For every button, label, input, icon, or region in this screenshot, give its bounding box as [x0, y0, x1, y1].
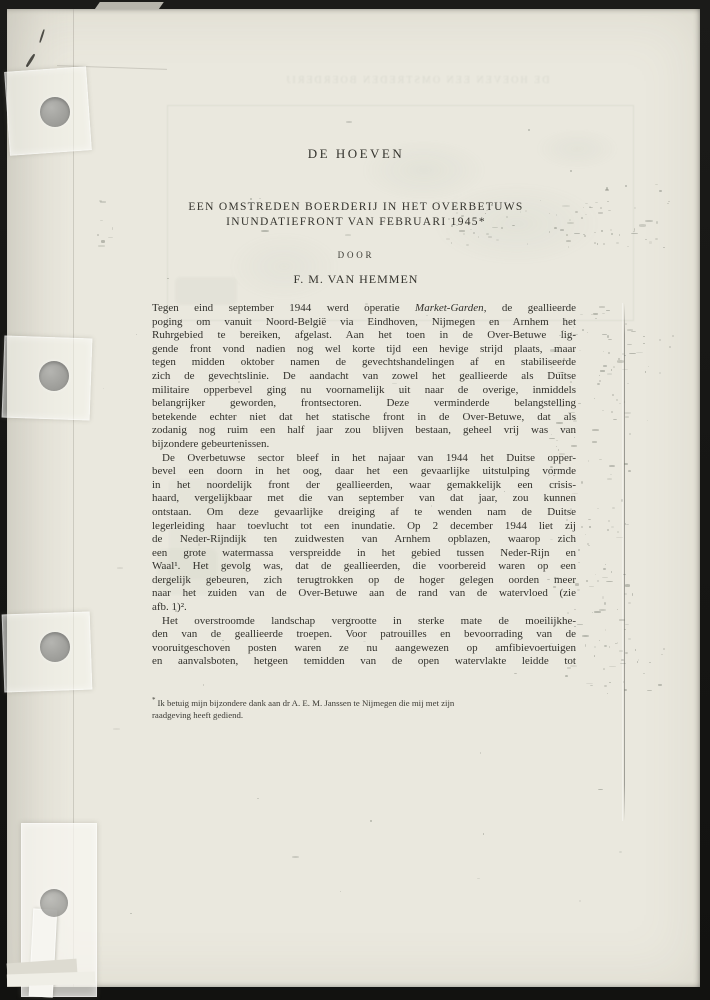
ink-speckle — [555, 621, 560, 623]
ink-speckle — [661, 654, 662, 655]
ink-speckle — [506, 216, 508, 218]
ink-speckle — [136, 334, 138, 335]
body-line: zodanig nog ruim een half jaar zou blijv… — [152, 424, 576, 438]
ink-speckle — [594, 646, 596, 648]
ink-speckle — [565, 390, 567, 392]
body-line: tegen midden oktober namen de gevechtsha… — [152, 356, 576, 370]
ink-speckle — [175, 610, 178, 612]
ink-speckle — [603, 668, 605, 670]
ink-speckle — [601, 230, 603, 232]
ink-speckle — [636, 352, 643, 353]
ink-speckle — [603, 351, 604, 353]
ink-speckle — [627, 383, 630, 385]
ink-speckle — [624, 412, 631, 414]
subtitle-line-1: EEN OMSTREDEN BOERDERIJ IN HET OVERBETUW… — [144, 200, 568, 215]
ink-speckle — [581, 217, 583, 219]
ink-speckle — [581, 526, 583, 528]
ink-speckle — [639, 224, 647, 226]
ink-speckle — [628, 638, 631, 640]
ink-speckle — [491, 204, 493, 206]
ink-speckle — [261, 230, 269, 232]
ink-speckle — [672, 335, 674, 337]
ink-speckle — [611, 526, 614, 528]
punch-hole — [40, 97, 70, 127]
ink-speckle — [624, 629, 626, 630]
ink-speckle — [619, 650, 624, 652]
ink-speckle — [668, 201, 669, 202]
ink-speckle — [609, 465, 614, 468]
ink-speckle — [597, 243, 598, 245]
ink-speckle — [555, 577, 559, 578]
ink-speckle — [577, 624, 584, 625]
body-line: gende front vond nadien nog wel korte ti… — [152, 343, 576, 357]
ink-speckle — [631, 331, 636, 332]
ink-speckle — [659, 372, 662, 374]
ink-speckle — [567, 667, 570, 668]
ink-speckle — [592, 441, 597, 443]
ink-speckle — [492, 227, 498, 228]
footnote-line: *Ik betuig mijn bijzondere dank aan dr A… — [152, 695, 576, 710]
body-line: en aanvalsboten, hetgeen temidden van de… — [152, 655, 576, 669]
ink-speckle — [606, 187, 609, 190]
ink-speckle — [622, 369, 628, 371]
ink-speckle — [612, 507, 615, 509]
ink-speckle — [647, 420, 648, 421]
ink-speckle — [370, 820, 372, 822]
ink-speckle — [647, 690, 652, 691]
ink-speckle — [626, 524, 630, 526]
ink-speckle — [632, 593, 634, 596]
ink-speckle — [655, 238, 658, 240]
bleedthrough-header: DE HOEVEN EEN OMSTREDEN BOERDERIJ — [182, 75, 652, 86]
ink-speckle — [592, 429, 598, 431]
ink-speckle — [556, 422, 563, 424]
byline-label: DOOR — [144, 250, 568, 260]
ink-speckle — [573, 420, 577, 422]
footnote-line: raadgeving heeft gediend. — [152, 710, 576, 722]
body-line: militaire opperbevel ging nu voornamelij… — [152, 384, 576, 398]
ink-speckle — [108, 237, 113, 239]
ink-speckle — [607, 373, 613, 375]
body-line: Ruhrgebied te bereiken, afgelast. Aan he… — [152, 329, 576, 343]
ink-speckle — [602, 313, 605, 315]
ink-speckle — [560, 565, 562, 567]
ink-speckle — [607, 201, 609, 202]
body-line: poging om vanuit Noord-België via Eindho… — [152, 316, 576, 330]
body-line: zich de gevechtslinie. De aandacht van z… — [152, 370, 576, 384]
ink-speckle — [99, 200, 102, 202]
ink-speckle — [588, 460, 590, 462]
ink-speckle — [625, 624, 629, 625]
body-line: legerleiding haar toevlucht tot een inun… — [152, 520, 576, 534]
ink-speckle — [117, 567, 124, 569]
body-line: haard, vergelijkbaar met die van septemb… — [152, 492, 576, 506]
ink-speckle — [633, 231, 635, 232]
ink-speckle — [480, 752, 482, 754]
ink-speckle — [608, 210, 611, 211]
ink-speckle — [606, 581, 613, 582]
ink-speckle — [625, 323, 628, 325]
ink-speckle — [605, 564, 606, 565]
ink-speckle — [609, 646, 610, 648]
body-line: bijzondere gebeurtenissen. — [152, 438, 576, 452]
ink-speckle — [598, 789, 604, 790]
ink-speckle — [629, 353, 636, 355]
author-name: F. M. VAN HEMMEN — [144, 272, 568, 287]
ink-speckle — [628, 470, 631, 472]
ink-speckle — [619, 619, 625, 620]
ink-speckle — [525, 210, 527, 212]
ink-speckle — [621, 659, 624, 661]
ink-speckle — [611, 571, 612, 573]
ink-speckle — [621, 499, 623, 501]
ink-speckle — [550, 349, 558, 351]
ink-speckle — [629, 433, 631, 435]
ink-speckle — [559, 453, 565, 455]
ink-speckle — [259, 198, 262, 199]
ink-speckle — [548, 474, 551, 476]
body-line: een grote watermassa verspreidde in het … — [152, 547, 576, 561]
ink-speckle — [575, 583, 579, 585]
ink-speckle — [618, 358, 621, 360]
ink-speckle — [514, 673, 517, 675]
ink-speckle — [619, 851, 622, 853]
ink-speckle — [588, 545, 590, 546]
body-line: naar het zuiden van de Over-Betuwe aan d… — [152, 587, 576, 601]
ink-speckle — [610, 474, 612, 475]
ink-speckle — [602, 410, 604, 411]
ink-speckle — [617, 609, 618, 610]
ink-speckle — [551, 498, 553, 500]
ink-speckle — [637, 661, 639, 663]
body-line: in het noordelijk front der geallieerden… — [152, 479, 576, 493]
ink-speckle — [608, 520, 610, 522]
ink-speckle — [557, 372, 565, 373]
ink-speckle — [363, 641, 366, 642]
ink-speckle — [656, 221, 658, 224]
ink-speckle — [625, 416, 629, 418]
ink-speckle — [594, 398, 595, 399]
ink-speckle — [553, 586, 557, 587]
ink-speckle — [446, 238, 450, 240]
ink-speckle — [659, 339, 661, 341]
ink-speckle — [602, 596, 605, 599]
ink-speckle — [643, 336, 645, 337]
scanned-page: DE HOEVEN EEN OMSTREDEN BOERDERIJ DE HOE… — [7, 9, 700, 987]
ink-speckle — [203, 684, 205, 686]
ink-speckle — [669, 346, 671, 347]
ink-speckle — [554, 227, 557, 229]
ink-speckle — [496, 239, 499, 241]
ink-speckle — [597, 580, 599, 582]
ink-speckle — [579, 350, 581, 351]
ink-speckle — [570, 381, 572, 383]
ink-speckle — [610, 229, 612, 231]
ink-speckle — [593, 313, 597, 315]
ink-speckle — [583, 234, 585, 236]
ink-speckle — [101, 240, 105, 242]
ink-speckle — [586, 580, 588, 582]
ink-speckle — [585, 644, 586, 646]
ink-speckle — [602, 577, 608, 578]
body-line: De Overbetuwse sector bleef in het najaa… — [152, 452, 576, 466]
ink-speckle — [477, 878, 479, 879]
ink-speckle — [617, 531, 619, 533]
ink-speckle — [663, 648, 665, 650]
body-line: vooruitgeschoven posten waren ze nu aang… — [152, 642, 576, 656]
article-body: Tegen eind september 1944 werd operatie … — [152, 302, 576, 669]
ink-speckle — [613, 419, 618, 421]
article-subtitle: EEN OMSTREDEN BOERDERIJ IN HET OVERBETUW… — [144, 200, 568, 229]
ink-speckle — [550, 466, 553, 468]
ink-speckle — [587, 332, 589, 333]
ink-speckle — [599, 380, 601, 382]
body-line: dergelijk gebeuren, zich terugtrokken op… — [152, 574, 576, 588]
body-line: Waal¹. Het gevolg was, dat de geallieerd… — [152, 560, 576, 574]
ink-speckle — [643, 673, 645, 675]
ink-speckle — [625, 185, 626, 187]
ink-speckle — [113, 728, 121, 730]
ink-speckle — [460, 403, 461, 405]
ink-speckle — [598, 212, 602, 214]
ink-speckle — [619, 403, 621, 404]
ink-speckle — [567, 222, 575, 224]
ink-speckle — [103, 388, 104, 389]
ink-speckle — [575, 211, 578, 213]
ink-speckle — [565, 318, 566, 320]
ink-speckle — [573, 418, 578, 419]
ink-speckle — [607, 335, 609, 338]
ink-speckle — [667, 203, 668, 204]
ink-speckle — [594, 242, 597, 244]
ink-speckle — [550, 539, 553, 540]
ink-speckle — [582, 635, 589, 637]
ink-speckle — [557, 581, 560, 583]
ink-speckle — [570, 665, 577, 667]
ink-speckle — [486, 233, 489, 235]
ink-speckle — [488, 236, 492, 238]
body-line: ontstaan. Om deze gevaarlijke dreiging a… — [152, 506, 576, 520]
ink-speckle — [612, 394, 614, 396]
ink-speckle — [257, 798, 259, 799]
ink-speckle — [645, 239, 647, 240]
punch-hole — [40, 889, 68, 917]
ink-speckle — [112, 227, 114, 229]
ink-speckle — [624, 355, 627, 356]
ink-speckle — [589, 526, 591, 527]
ink-speckle — [459, 230, 464, 232]
footnote: *Ik betuig mijn bijzondere dank aan dr A… — [152, 695, 576, 721]
body-line: de Neder-Rijndijk ten zuidwesten van Arn… — [152, 533, 576, 547]
ink-speckle — [456, 212, 458, 214]
ink-speckle — [579, 900, 581, 902]
ink-speckle — [451, 225, 454, 226]
ink-speckle — [504, 491, 505, 492]
subtitle-line-2: INUNDATIEFRONT VAN FEBRUARI 1945* — [144, 215, 568, 230]
ink-speckle — [559, 309, 563, 311]
body-line: den van de geallieerde troepen. Voor pat… — [152, 628, 576, 642]
ink-speckle — [100, 220, 102, 221]
ink-speckle — [609, 682, 611, 684]
ink-speckle — [628, 602, 631, 604]
ink-speckle — [560, 229, 564, 231]
ink-speckle — [599, 640, 600, 642]
ink-speckle — [605, 629, 607, 630]
ink-speckle — [547, 579, 550, 580]
ink-speckle — [473, 232, 475, 234]
ink-speckle — [578, 562, 581, 563]
ink-speckle — [659, 190, 663, 192]
ink-speckle — [625, 584, 631, 586]
body-line: belangrijker geworden, frontsectoren. De… — [152, 397, 576, 411]
ink-speckle — [483, 833, 484, 835]
ink-speckle — [645, 371, 647, 373]
ink-speckle — [597, 383, 600, 386]
ink-speckle — [588, 519, 591, 520]
ink-speckle — [590, 685, 593, 686]
ink-speckle — [577, 589, 580, 590]
italic-term: Market-Garden — [415, 302, 484, 314]
ink-speckle — [608, 352, 610, 354]
ink-speckle — [603, 243, 605, 245]
article-title: DE HOEVEN — [144, 146, 568, 162]
ink-speckle — [648, 366, 650, 367]
ink-speckle — [604, 685, 607, 687]
ink-speckle — [578, 549, 580, 551]
ink-speckle — [599, 306, 605, 308]
ink-speckle — [655, 184, 659, 185]
ink-speckle — [607, 478, 613, 480]
ink-speckle — [573, 326, 575, 328]
ink-speckle — [569, 219, 571, 221]
ink-speckle — [617, 360, 625, 362]
ink-speckle — [597, 508, 599, 509]
ink-speckle — [607, 529, 609, 531]
ink-speckle — [603, 568, 605, 570]
ink-speckle — [595, 574, 597, 576]
ink-speckle — [608, 339, 612, 341]
ink-speckle — [566, 240, 571, 242]
ink-speckle — [604, 602, 607, 605]
ink-speckle — [627, 344, 632, 345]
crease-line — [624, 303, 625, 821]
ink-speckle — [607, 693, 609, 695]
ink-speckle — [570, 508, 572, 510]
ink-speckle — [611, 411, 614, 413]
ink-speckle — [292, 856, 300, 858]
ink-speckle — [649, 241, 652, 243]
ink-speckle — [645, 220, 653, 222]
ink-speckle — [345, 234, 351, 236]
ink-speckle — [98, 245, 104, 247]
punch-hole — [40, 632, 70, 662]
ink-speckle — [634, 207, 636, 209]
ink-speckle — [603, 365, 607, 367]
ink-speckle — [649, 662, 651, 663]
ink-speckle — [581, 481, 583, 483]
ink-speckle — [582, 329, 584, 331]
scan-photo: { "scan": { "colors": { "paper": "#eae8d… — [0, 0, 710, 1000]
ink-speckle — [602, 334, 607, 335]
ink-speckle — [643, 343, 645, 344]
ink-speckle — [553, 475, 555, 476]
ink-speckle — [567, 612, 569, 614]
ink-speckle — [617, 642, 618, 644]
ink-speckle — [130, 913, 132, 914]
ink-speckle — [565, 675, 569, 677]
ink-speckle — [616, 399, 618, 400]
ink-speckle — [97, 234, 99, 236]
ink-speckle — [578, 403, 581, 405]
crease-highlight — [622, 303, 623, 821]
ink-speckle — [613, 366, 616, 368]
ink-speckle — [556, 214, 557, 216]
body-line: betekende echter niet dat het statische … — [152, 411, 576, 425]
body-line: Tegen eind september 1944 werd operatie … — [152, 302, 576, 316]
ink-speckle — [635, 649, 637, 651]
ink-speckle — [346, 121, 352, 123]
ink-speckle — [604, 645, 607, 647]
ink-speckle — [566, 234, 568, 236]
ink-speckle — [586, 683, 594, 685]
ink-speckle — [594, 611, 601, 613]
ink-speckle — [599, 459, 602, 460]
ink-speckle — [624, 593, 627, 595]
punch-hole — [39, 361, 69, 391]
ink-speckle — [340, 891, 341, 892]
ink-speckle — [238, 381, 239, 383]
ink-speckle — [663, 247, 665, 248]
body-line: bevel een doorn in het oog, daar het een… — [152, 465, 576, 479]
ink-speckle — [609, 666, 616, 668]
body-line: afb. 1)². — [152, 601, 576, 615]
body-line: Het overstroomde landschap vergrootte in… — [152, 615, 576, 629]
ink-speckle — [463, 233, 465, 235]
ink-speckle — [611, 369, 612, 371]
ink-speckle — [589, 586, 595, 587]
ink-speckle — [599, 375, 600, 377]
ink-speckle — [501, 227, 503, 229]
ink-speckle — [571, 445, 578, 447]
ink-speckle — [600, 370, 605, 371]
ink-speckle — [585, 534, 586, 536]
ink-speckle — [562, 205, 570, 207]
footnote-marker: * — [152, 696, 156, 704]
ink-speckle — [466, 244, 469, 246]
ink-speckle — [658, 684, 662, 686]
ink-speckle — [625, 652, 628, 654]
ink-speckle — [594, 655, 596, 657]
